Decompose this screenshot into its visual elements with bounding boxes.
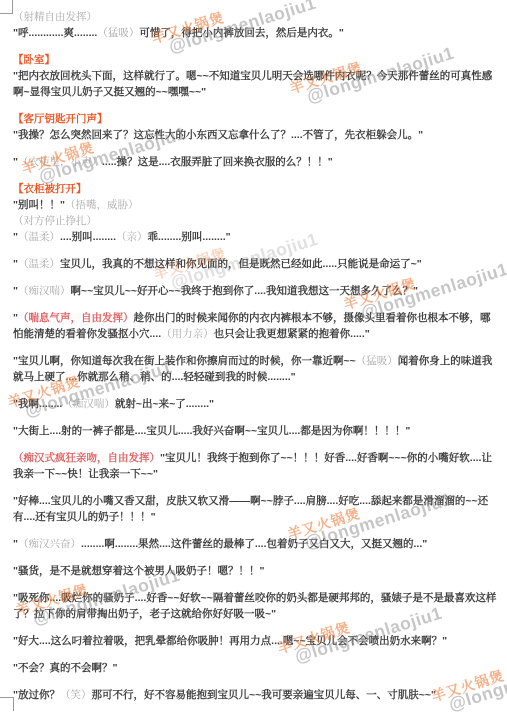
script-paragraph: "大街上....射的一裤子都是....宝贝儿.....我好兴奋啊~~宝贝儿...… — [13, 423, 497, 439]
stage-direction: （对方停止挣扎） — [13, 215, 97, 227]
document-page: { "page": { "background": "#ffffff", "co… — [0, 0, 507, 714]
dialogue-text: "我啊........ — [13, 398, 62, 410]
dialogue-text: "不会？真的不会啊？" — [13, 662, 117, 674]
dialogue-text: 宝贝儿，我真的不想这样和你见面的，但是既然已经如此.....只能说是命运了~" — [60, 258, 422, 270]
stage-direction: （痴汉喘） — [62, 398, 115, 410]
script-paragraph: "把内衣放回枕头下面，这样就行了。嗯~~不知道宝贝儿明天会选哪件内衣呢？今天那件… — [13, 68, 497, 100]
stage-direction: （捂嘴，威胁） — [65, 199, 139, 211]
dialogue-text: "呼............爽........ — [13, 27, 97, 39]
dialogue-text: ........啊........果然....这件蕾丝的最棒了....包着奶子又… — [81, 538, 427, 550]
stage-direction: （笑） — [60, 689, 92, 701]
script-paragraph: "（衣柜里，小声）.....操？这是....衣服弄脏了回来换衣服的么？！！" — [13, 154, 497, 170]
script-paragraph: "好大....这么叼着拉着吸，把乳晕都给你吸肿！再用力点....嗯~~宝贝儿会不… — [13, 633, 497, 649]
dialogue-text: 乖........别叫........" — [148, 231, 231, 243]
script-paragraph: "宝贝儿啊，你知道每次我在街上装作和你擦肩而过的时候，你一靠近啊~~（猛吸）闻着… — [13, 353, 497, 385]
dialogue-text: "宝贝儿啊，你知道每次我在街上装作和你擦肩而过的时候，你一靠近啊~~ — [13, 355, 356, 367]
dialogue-text: 可惜了，得把小内裤放回去，然后是内衣。" — [139, 27, 343, 39]
script-document: （射精自由发挥）"呼............爽........（猛吸）可惜了，得… — [0, 0, 507, 714]
stage-direction: （喘息气声，自由发挥） — [18, 312, 134, 324]
dialogue-text: "别叫！！" — [13, 199, 65, 211]
script-paragraph: "吸死你....吸烂你的骚奶子....好香~~好软~~隔着蕾丝咬你的奶头都是硬邦… — [13, 590, 497, 622]
dialogue-text: 啊~~宝贝儿~~好开心~~我终于抱到你了....我知道我想这一天想多久了么？" — [70, 285, 417, 297]
stage-direction: （猛吸） — [97, 27, 139, 39]
script-paragraph: "好棒....宝贝儿的小嘴又香又甜，皮肤又软又滑——啊~~脖子....肩膀...… — [13, 493, 497, 525]
script-line: （对方停止挣扎） — [13, 213, 497, 229]
script-paragraph: "我操？怎么突然回来了？这忘性大的小东西又忘拿什么了？....不管了，先衣柜躲会… — [13, 127, 497, 143]
stage-direction: （射精自由发挥） — [13, 11, 97, 23]
dialogue-text: 就射~出~来~了........" — [115, 398, 214, 410]
scene-header-text: 【客厅钥匙开门声】 — [13, 113, 108, 125]
script-paragraph: "（痴汉喘）啊~~宝贝儿~~好开心~~我终于抱到你了....我知道我想这一天想多… — [13, 283, 497, 299]
scene-header: 【客厅钥匙开门声】 — [13, 111, 497, 127]
dialogue-text: 也只会让我更想紧紧的抱着你....." — [214, 328, 370, 340]
stage-direction: （温柔） — [18, 258, 60, 270]
script-paragraph: "（喘息气声，自由发挥）趁你出门的时候来闻你的内衣内裤根本不够，摄像头里看着你也… — [13, 310, 497, 342]
dialogue-text: "把内衣放回枕头下面，这样就行了。嗯~~不知道宝贝儿明天会选哪件内衣呢？今天那件… — [13, 70, 492, 98]
dialogue-text: "吸死你....吸烂你的骚奶子....好香~~好软~~隔着蕾丝咬你的奶头都是硬邦… — [13, 592, 496, 620]
script-paragraph: "（痴汉兴奋）........啊........果然....这件蕾丝的最棒了..… — [13, 536, 497, 552]
script-paragraph: "（温柔）....别叫........（亲）乖........别叫.......… — [13, 229, 497, 245]
stage-direction: （痴汉喘） — [18, 285, 71, 297]
dialogue-text: ....别叫........ — [60, 231, 116, 243]
stage-direction: （痴汉式疯狂亲吻，自由发挥） — [13, 452, 160, 464]
script-paragraph: "（温柔）宝贝儿，我真的不想这样和你见面的，但是既然已经如此.....只能说是命… — [13, 256, 497, 272]
dialogue-text: "骚货，是不是就想穿着这个被男人吸奶子！嗯？！！" — [13, 565, 264, 577]
dialogue-text: "好大....这么叼着拉着吸，把乳晕都给你吸肿！再用力点....嗯~~宝贝儿会不… — [13, 635, 447, 647]
script-line: （射精自由发挥） — [13, 9, 497, 25]
scene-header-text: 【衣柜被打开】 — [13, 183, 87, 195]
dialogue-text: "我操？怎么突然回来了？这忘性大的小东西又忘拿什么了？....不管了，先衣柜躲会… — [13, 129, 423, 141]
script-paragraph: "呼............爽........（猛吸）可惜了，得把小内裤放回去，… — [13, 25, 497, 41]
stage-direction: （亲） — [116, 231, 148, 243]
dialogue-text: "放过你？ — [13, 689, 60, 701]
dialogue-text: .....操？这是....衣服弄脏了回来换衣服的么？！！" — [102, 156, 333, 168]
script-line: "别叫！！"（捂嘴，威胁） — [13, 197, 497, 213]
stage-direction: （温柔） — [18, 231, 60, 243]
script-paragraph: "放过你？（笑）那可不行，好不容易能抱到宝贝儿~~我可要亲遍宝贝儿每、一、寸肌肤… — [13, 687, 497, 703]
script-paragraph: "我啊........（痴汉喘）就射~出~来~了........" — [13, 396, 497, 412]
stage-direction: （用力亲） — [161, 328, 214, 340]
script-paragraph: "不会？真的不会啊？" — [13, 660, 497, 676]
dialogue-text: "好棒....宝贝儿的小嘴又香又甜，皮肤又软又滑——啊~~脖子....肩膀...… — [13, 495, 488, 523]
script-paragraph: （痴汉式疯狂亲吻，自由发挥）"宝贝儿！我终于抱到你了~~！！！好香....好香啊… — [13, 450, 497, 482]
dialogue-text: "大街上....射的一裤子都是....宝贝儿.....我好兴奋啊~~宝贝儿...… — [13, 425, 410, 437]
dialogue-text: 那可不行，好不容易能抱到宝贝儿~~我可要亲遍宝贝儿每、一、寸肌肤~~" — [91, 689, 436, 701]
script-paragraph: "骚货，是不是就想穿着这个被男人吸奶子！嗯？！！" — [13, 563, 497, 579]
stage-direction: （衣柜里，小声） — [18, 156, 102, 168]
stage-direction: （痴汉兴奋） — [18, 538, 81, 550]
stage-direction: （猛吸） — [356, 355, 398, 367]
scene-header: 【衣柜被打开】 — [13, 181, 497, 197]
scene-header: 【卧室】 — [13, 52, 497, 68]
scene-header-text: 【卧室】 — [13, 54, 55, 66]
